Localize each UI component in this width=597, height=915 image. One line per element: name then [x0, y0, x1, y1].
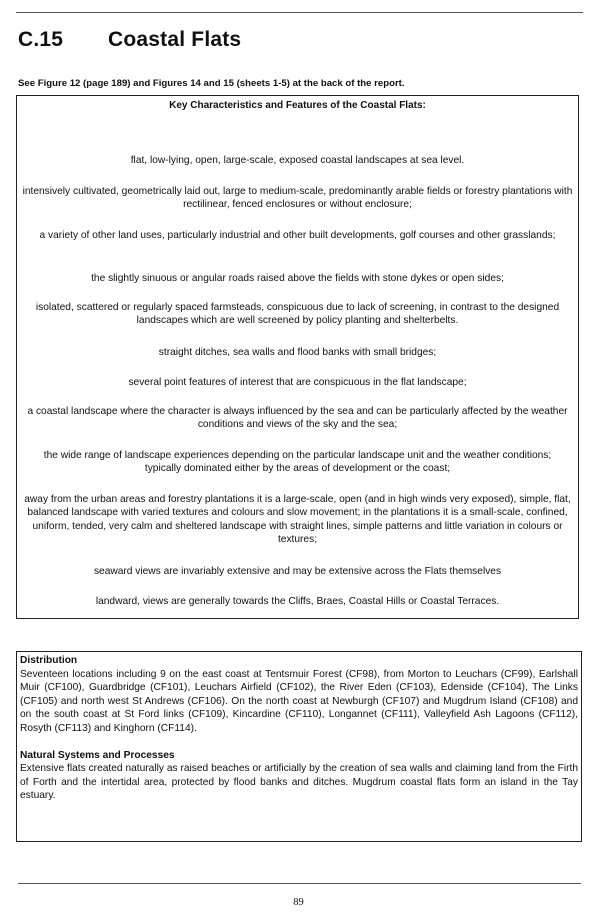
distribution-text: Seventeen locations including 9 on the e…: [20, 668, 578, 736]
characteristic-item: landward, views are generally towards th…: [19, 595, 576, 608]
characteristic-item: intensively cultivated, geometrically la…: [21, 185, 574, 212]
figure-reference-note: See Figure 12 (page 189) and Figures 14 …: [18, 78, 405, 89]
characteristic-item: the wide range of landscape experiences …: [31, 449, 564, 476]
characteristic-item: away from the urban areas and forestry p…: [17, 493, 578, 546]
characteristic-item: a variety of other land uses, particular…: [29, 229, 566, 242]
characteristic-item: isolated, scattered or regularly spaced …: [17, 301, 578, 328]
section-title: C.15Coastal Flats: [18, 28, 241, 52]
distribution-box: Distribution Seventeen locations includi…: [16, 651, 582, 842]
section-number: C.15: [18, 28, 108, 52]
distribution-heading: Distribution: [20, 654, 578, 668]
key-characteristics-box: Key Characteristics and Features of the …: [16, 95, 579, 619]
characteristic-item: the slightly sinuous or angular roads ra…: [19, 272, 576, 285]
top-rule: [16, 12, 583, 13]
key-characteristics-heading: Key Characteristics and Features of the …: [17, 100, 578, 111]
bottom-rule: [18, 883, 581, 884]
characteristic-item: flat, low-lying, open, large-scale, expo…: [19, 154, 576, 167]
natural-systems-text: Extensive flats created naturally as rai…: [20, 762, 578, 803]
page-number: 89: [0, 897, 597, 908]
characteristic-item: a coastal landscape where the character …: [19, 405, 576, 432]
characteristic-item: straight ditches, sea walls and flood ba…: [19, 346, 576, 359]
characteristic-item: seaward views are invariably extensive a…: [19, 565, 576, 578]
section-name: Coastal Flats: [108, 28, 241, 51]
natural-systems-heading: Natural Systems and Processes: [20, 749, 578, 763]
characteristic-item: several point features of interest that …: [19, 376, 576, 389]
spacer: [20, 736, 578, 749]
